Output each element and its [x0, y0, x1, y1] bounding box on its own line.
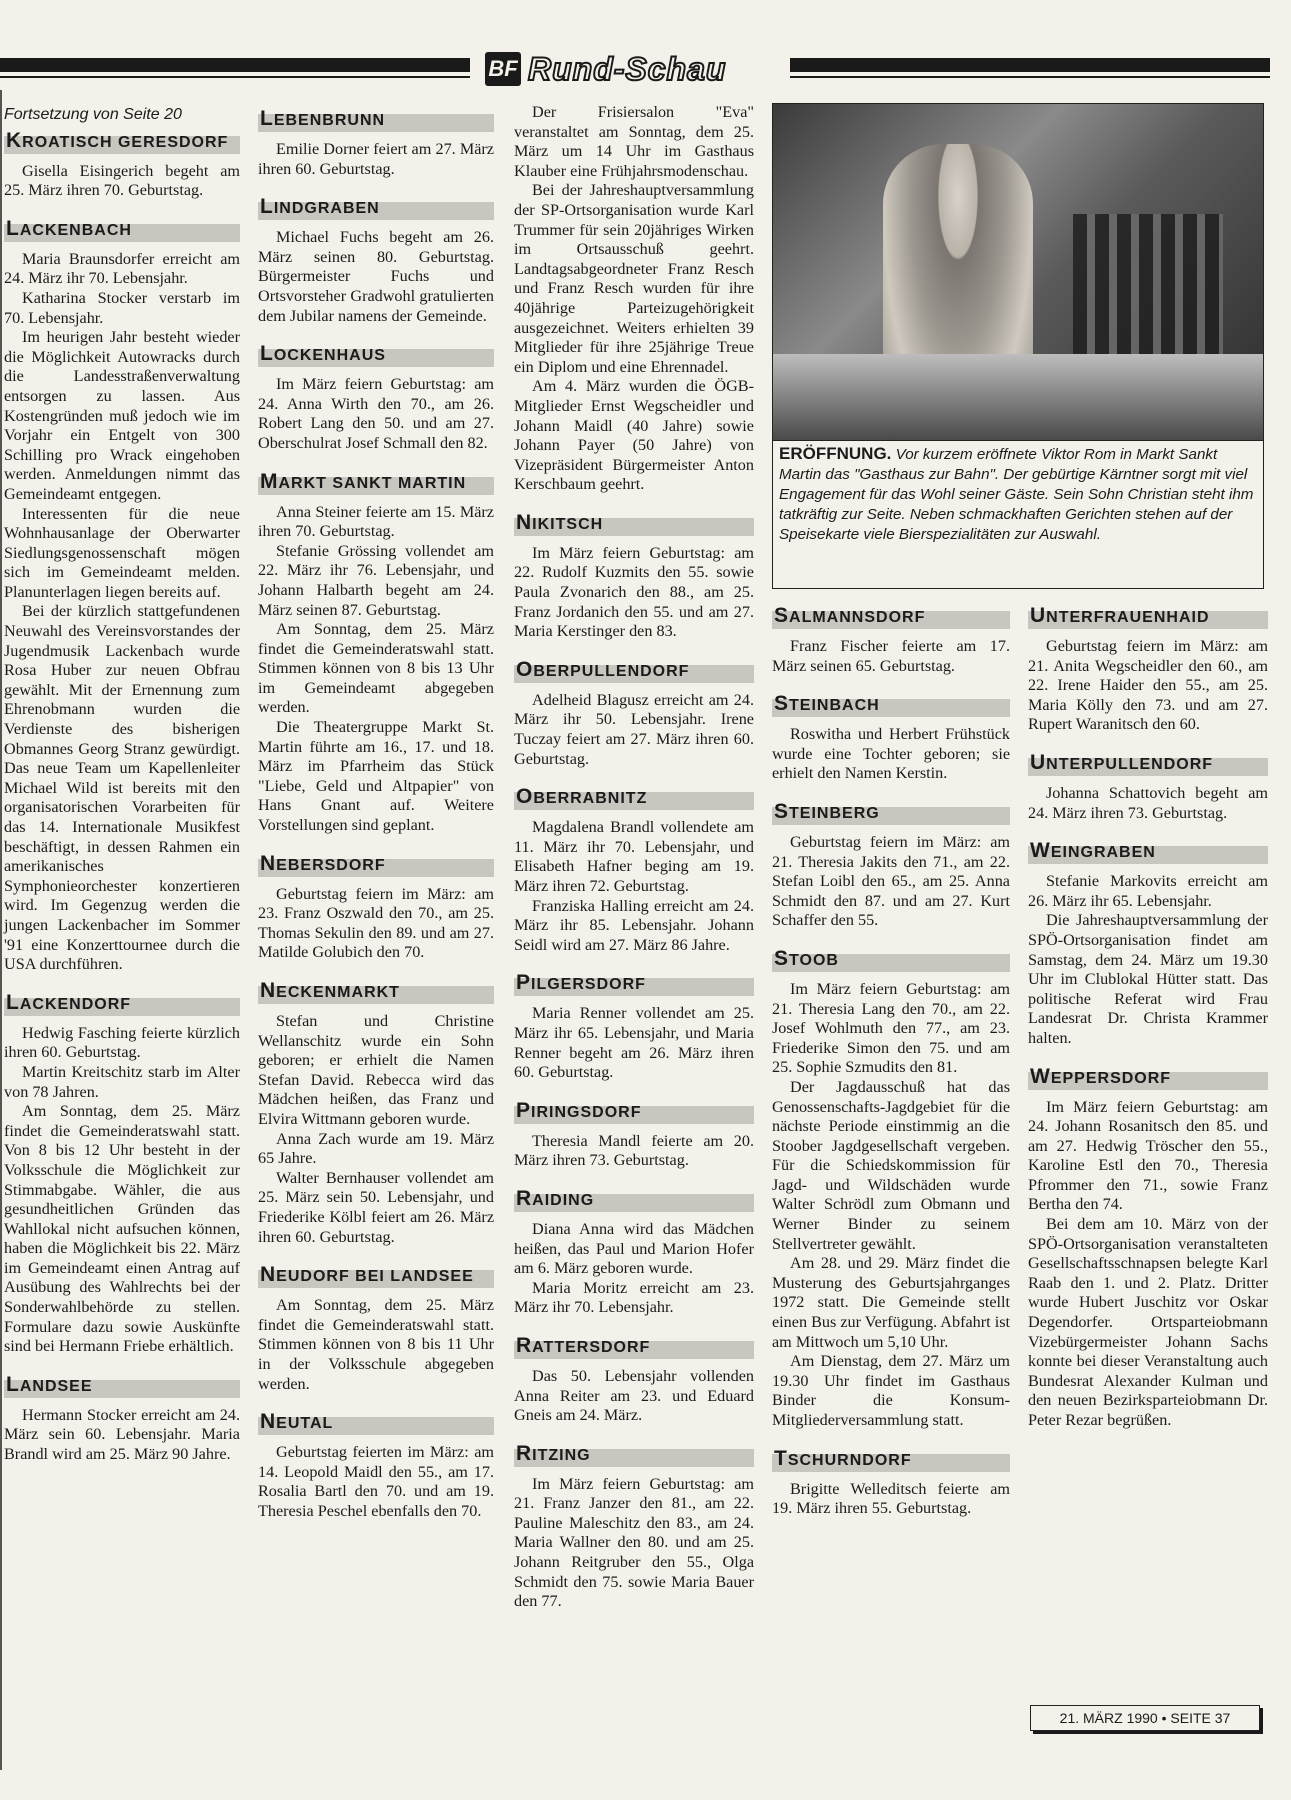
page-footer: 21. MÄRZ 1990 • SEITE 37 — [1030, 1705, 1260, 1731]
column-1: Fortsetzung von Seite 20 Kroatisch Geres… — [4, 103, 240, 1465]
paragraph: Maria Renner vollendet am 25. März ihr 6… — [514, 1004, 754, 1082]
section-heading: Oberpullendorf — [514, 656, 754, 683]
section-heading: Neudorf bei Landsee — [258, 1261, 494, 1288]
paragraph: Anna Steiner feierte am 15. März ihren 7… — [258, 503, 494, 542]
paragraph: Bei dem am 10. März von der SPÖ-Ortsorga… — [1028, 1215, 1268, 1431]
paragraph: Die Theatergruppe Markt St. Martin führt… — [258, 718, 494, 836]
paragraph: Am 4. März wurden die ÖGB-Mitglieder Ern… — [514, 377, 754, 495]
section-heading: Raiding — [514, 1185, 754, 1212]
paragraph: Franz Fischer feierte am 17. März seinen… — [772, 637, 1010, 676]
paragraph: Der Frisiersalon "Eva" veranstaltet am S… — [514, 103, 754, 181]
paragraph: Gisella Eisingerich begeht am 25. März i… — [4, 162, 240, 201]
section-heading: Ritzing — [514, 1440, 754, 1467]
paragraph: Interessenten für die neue Wohnhausanlag… — [4, 505, 240, 603]
section-heading: Pilgersdorf — [514, 969, 754, 996]
section-heading: Salmannsdorf — [772, 602, 1010, 629]
caption-lead: ERÖFFNUNG. — [779, 444, 891, 463]
paragraph: Stefanie Grössing vollendet am 22. März … — [258, 542, 494, 620]
section-title: Rund-Schau — [528, 50, 726, 88]
bottles-shelf — [1073, 214, 1223, 364]
masthead: BF Rund-Schau — [0, 50, 1291, 90]
page-edge — [0, 90, 2, 1770]
section-heading: Neutal — [258, 1408, 494, 1435]
paragraph: Theresia Mandl feierte am 20. März ihren… — [514, 1132, 754, 1171]
paragraph: Johanna Schattovich begeht am 24. März i… — [1028, 784, 1268, 823]
section-heading: Steinbach — [772, 690, 1010, 717]
paragraph: Stefanie Markovits erreicht am 26. März … — [1028, 872, 1268, 911]
photo-caption: ERÖFFNUNG. Vor kurzem eröffnete Viktor R… — [772, 440, 1264, 589]
paragraph: Franziska Halling erreicht am 24. März i… — [514, 897, 754, 956]
paragraph: Am Dienstag, dem 27. März um 19.30 Uhr f… — [772, 1352, 1010, 1430]
paragraph: Am Sonntag, dem 25. März findet die Geme… — [258, 620, 494, 718]
section-heading: Lackendorf — [4, 989, 240, 1016]
paragraph: Am Sonntag, dem 25. März findet die Geme… — [258, 1296, 494, 1394]
paragraph: Die Jahreshauptversammlung der SPÖ-Ortso… — [1028, 911, 1268, 1048]
paragraph: Walter Bernhauser vollendet am 25. März … — [258, 1169, 494, 1247]
section-heading: Lockenhaus — [258, 340, 494, 367]
paragraph: Diana Anna wird das Mädchen heißen, das … — [514, 1220, 754, 1279]
paragraph: Maria Braunsdorfer erreicht am 24. März … — [4, 250, 240, 289]
section-heading: Weppersdorf — [1028, 1063, 1268, 1090]
paragraph: Katharina Stocker verstarb im 70. Lebens… — [4, 289, 240, 328]
section-heading: Piringsdorf — [514, 1097, 754, 1124]
paragraph: Der Jagdausschuß hat das Genossenschafts… — [772, 1078, 1010, 1254]
paragraph: Hermann Stocker erreicht am 24. März sei… — [4, 1406, 240, 1465]
section-heading: Neckenmarkt — [258, 977, 494, 1004]
paragraph: Geburtstag feiern im März: am 23. Franz … — [258, 885, 494, 963]
section-heading: Steinberg — [772, 798, 1010, 825]
paragraph: Brigitte Welleditsch feierte am 19. März… — [772, 1480, 1010, 1519]
paragraph: Bei der kürzlich stattgefundenen Neuwahl… — [4, 602, 240, 974]
paragraph: Hedwig Fasching feierte kürzlich ihren 6… — [4, 1024, 240, 1063]
column-5: Unterfrauenhaid Geburtstag feiern im Mär… — [1028, 600, 1268, 1431]
section-heading: Unterfrauenhaid — [1028, 602, 1268, 629]
bf-logo: BF — [485, 52, 521, 86]
paragraph: Stefan und Christine Wellanschitz wurde … — [258, 1012, 494, 1130]
section-heading: Unterpullendorf — [1028, 749, 1268, 776]
section-heading: Markt Sankt Martin — [258, 468, 494, 495]
paragraph: Emilie Dorner feiert am 27. März ihren 6… — [258, 140, 494, 179]
paragraph: Maria Moritz erreicht am 23. März ihr 70… — [514, 1279, 754, 1318]
paragraph: Anna Zach wurde am 19. März 65 Jahre. — [258, 1130, 494, 1169]
masthead-rule — [0, 58, 470, 72]
paragraph: Im März feiern Geburtstag: am 24. Anna W… — [258, 375, 494, 453]
section-heading: Lebenbrunn — [258, 105, 494, 132]
paragraph: Geburtstag feiern im März: am 21. Anita … — [1028, 637, 1268, 735]
paragraph: Geburtstag feiern im März: am 21. Theres… — [772, 833, 1010, 931]
news-photo — [772, 103, 1264, 441]
paragraph: Adelheid Blagusz erreicht am 24. März ih… — [514, 691, 754, 769]
column-4: Salmannsdorf Franz Fischer feierte am 17… — [772, 600, 1010, 1519]
paragraph: Im März feiern Geburtstag: am 22. Rudolf… — [514, 544, 754, 642]
section-heading: Nikitsch — [514, 509, 754, 536]
paragraph: Im März feiern Geburtstag: am 24. Johann… — [1028, 1098, 1268, 1216]
paragraph: Roswitha und Herbert Frühstück wurde ein… — [772, 725, 1010, 784]
paragraph: Michael Fuchs begeht am 26. März seinen … — [258, 228, 494, 326]
paragraph: Am 28. und 29. März findet die Musterung… — [772, 1254, 1010, 1352]
section-heading: Nebersdorf — [258, 850, 494, 877]
paragraph: Im heurigen Jahr besteht wieder die Mögl… — [4, 328, 240, 504]
section-heading: Oberrabnitz — [514, 783, 754, 810]
paragraph: Am Sonntag, dem 25. März findet die Geme… — [4, 1102, 240, 1357]
paragraph: Geburtstag feierten im März: am 14. Leop… — [258, 1443, 494, 1521]
column-3: Der Frisiersalon "Eva" veranstaltet am S… — [514, 103, 754, 1612]
paragraph: Bei der Jahreshauptversammlung der SP-Or… — [514, 181, 754, 377]
paragraph: Martin Kreitschitz starb im Alter von 78… — [4, 1063, 240, 1102]
bar-counter — [773, 354, 1263, 440]
paragraph: Das 50. Lebensjahr vollenden Anna Reiter… — [514, 1367, 754, 1426]
masthead-rule — [790, 76, 1270, 78]
section-heading: Lindgraben — [258, 193, 494, 220]
masthead-rule — [790, 58, 1270, 72]
section-heading: Lackenbach — [4, 215, 240, 242]
section-heading: Kroatisch Geresdorf — [4, 127, 240, 154]
paragraph: Im März feiern Geburtstag: am 21. Theres… — [772, 980, 1010, 1078]
paragraph: Im März feiern Geburtstag: am 21. Franz … — [514, 1475, 754, 1612]
section-heading: Landsee — [4, 1371, 240, 1398]
section-heading: Tschurndorf — [772, 1445, 1010, 1472]
section-heading: Rattersdorf — [514, 1332, 754, 1359]
column-2: Lebenbrunn Emilie Dorner feiert am 27. M… — [258, 103, 494, 1521]
masthead-rule — [0, 76, 470, 78]
paragraph: Magdalena Brandl vollendete am 11. März … — [514, 818, 754, 896]
continuation-note: Fortsetzung von Seite 20 — [4, 105, 240, 125]
section-heading: Weingraben — [1028, 837, 1268, 864]
section-heading: Stoob — [772, 945, 1010, 972]
